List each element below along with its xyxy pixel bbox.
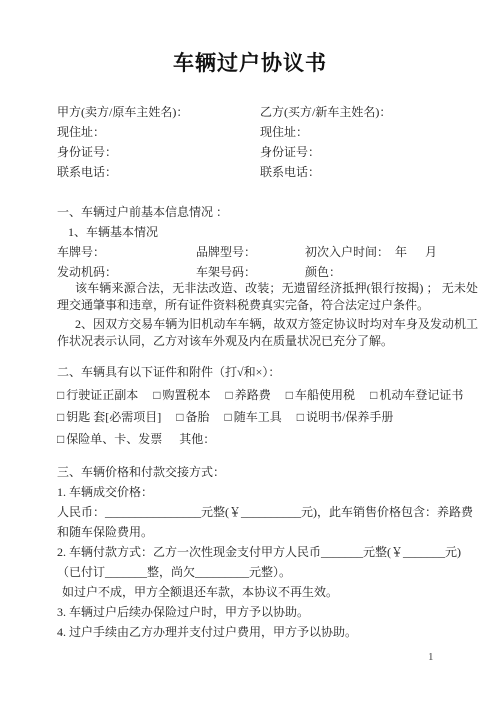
checkbox-item-label: 购置税本	[163, 388, 211, 402]
section-1-heading: 一、车辆过户前基本信息情况 ：	[57, 202, 478, 222]
document-content: 甲方(卖方/原车主姓名)： 乙方(买方/新车主姓名)： 现住址： 现住址： 身份…	[0, 102, 500, 642]
year-label: 年	[395, 242, 407, 262]
vehicle-info-row-2: 发动机码： 车架号码： 颜色：	[57, 262, 478, 282]
checkbox-item-label: 机动车登记证书	[379, 388, 463, 402]
checkbox-item-label: 养路费	[235, 388, 271, 402]
section-3: 三、车辆价格和付款交接方式： 1. 车辆成交价格： 人民币：__________…	[57, 462, 478, 642]
checkbox-icon: □	[225, 406, 232, 428]
checkbox-item: □随车工具	[225, 406, 282, 428]
refund-line: 如过户不成，甲方全额退还车款，本协议不再生效。	[57, 582, 478, 602]
section-2: 二、车辆具有以下证件和附件（打√和×）： □行驶证正副本 □购置税本 □养路费 …	[57, 362, 478, 450]
party-b-phone-label: 联系电话：	[260, 162, 320, 182]
insurance-transfer-line: 3. 车辆过户后续办保险过户时，甲方予以协助。	[57, 602, 478, 622]
checkbox-icon: □	[176, 406, 183, 428]
payment-method-line: 2. 车辆付款方式：乙方一次性现金支付甲方人民币_______元整(￥_____…	[57, 542, 478, 562]
party-b-name-label: 乙方(买方/新车主姓名)：	[260, 102, 391, 122]
checkbox-item: □说明书/保养手册	[297, 406, 394, 428]
checkbox-icon: □	[57, 406, 64, 428]
certificates-line-3: □保险单、卡、发票 其他：	[57, 428, 478, 450]
checkbox-icon: □	[57, 428, 64, 450]
checkbox-item-label: 说明书/保养手册	[306, 410, 393, 424]
checkbox-lines: □行驶证正副本 □购置税本 □养路费 □车船使用税 □机动车登记证书 □钥匙 套…	[57, 384, 478, 450]
checkbox-item: □钥匙 套[必需项目]	[57, 406, 161, 428]
party-row-name: 甲方(卖方/原车主姓名)： 乙方(买方/新车主姓名)：	[57, 102, 478, 122]
checkbox-item-label: 随车工具	[234, 410, 282, 424]
section-1-sub1: 1、车辆基本情况	[57, 222, 478, 242]
party-a-phone-label: 联系电话：	[57, 162, 257, 182]
document-page: 车辆过户协议书 甲方(卖方/原车主姓名)： 乙方(买方/新车主姓名)： 现住址：…	[0, 0, 500, 708]
used-vehicle-paragraph: 2、因双方交易车辆为旧机动车车辆，故双方签定协议时均对车身及发动机工作状况表示认…	[57, 316, 478, 350]
checkbox-item: □备胎	[176, 406, 209, 428]
checkbox-item-label: 保险单、卡、发票	[66, 432, 162, 446]
vehicle-info-row-1: 车牌号： 品牌型号： 初次入户时间： 年 月	[57, 242, 478, 262]
checkbox-icon: □	[297, 406, 304, 428]
legal-source-paragraph: 该车辆来源合法，无非法改造、改装；无遗留经济抵押(银行按揭) ； 无未处理交通肇…	[57, 280, 478, 314]
checkbox-item: □机动车登记证书	[370, 384, 463, 406]
plate-number-label: 车牌号：	[57, 242, 105, 262]
checkbox-icon: □	[153, 384, 160, 406]
checkbox-item-label: 备胎	[186, 410, 210, 424]
party-a-name-label: 甲方(卖方/原车主姓名)：	[57, 102, 257, 122]
page-number: 1	[428, 650, 434, 664]
checkbox-item: □保险单、卡、发票	[57, 428, 162, 450]
price-payment-lines: 1. 车辆成交价格： 人民币：________________元整(￥_____…	[57, 482, 478, 642]
party-row-address: 现住址： 现住址：	[57, 122, 478, 142]
checkbox-item-label: 车船使用税	[295, 388, 355, 402]
checkbox-item: □车船使用税	[286, 384, 355, 406]
party-a-address-label: 现住址：	[57, 122, 257, 142]
other-label: 其他：	[179, 428, 215, 450]
checkbox-icon: □	[286, 384, 293, 406]
party-b-address-label: 现住址：	[260, 122, 308, 142]
deal-price-heading: 1. 车辆成交价格：	[57, 482, 478, 502]
engine-number-label: 发动机码：	[57, 262, 117, 282]
checkbox-item-label: 行驶证正副本	[66, 388, 138, 402]
party-a-id-label: 身份证号：	[57, 142, 257, 162]
month-label: 月	[425, 242, 437, 262]
transfer-fee-line: 4. 过户手续由乙方办理并支付过户费用，甲方予以协助。	[57, 622, 478, 642]
document-title: 车辆过户协议书	[0, 50, 500, 76]
color-label: 颜色：	[305, 262, 341, 282]
checkbox-item: □行驶证正副本	[57, 384, 138, 406]
deposit-line: （已付订_______整，尚欠_________元整）。	[57, 562, 478, 582]
section-3-heading: 三、车辆价格和付款交接方式：	[57, 462, 478, 482]
section-1: 一、车辆过户前基本信息情况 ： 1、车辆基本情况 车牌号： 品牌型号： 初次入户…	[57, 202, 478, 350]
party-row-phone: 联系电话： 联系电话：	[57, 162, 478, 182]
checkbox-item: □养路费	[226, 384, 271, 406]
certificates-line-2: □钥匙 套[必需项目] □备胎 □随车工具 □说明书/保养手册	[57, 406, 478, 428]
party-row-id: 身份证号： 身份证号：	[57, 142, 478, 162]
certificates-line-1: □行驶证正副本 □购置税本 □养路费 □车船使用税 □机动车登记证书	[57, 384, 478, 406]
checkbox-item: □购置税本	[153, 384, 210, 406]
checkbox-icon: □	[370, 384, 377, 406]
price-amount-line: 人民币：________________元整(￥__________元)，此车销…	[57, 502, 478, 542]
first-register-label: 初次入户时间：	[305, 242, 389, 262]
checkbox-icon: □	[226, 384, 233, 406]
frame-number-label: 车架号码：	[196, 262, 256, 282]
brand-model-label: 品牌型号：	[196, 242, 256, 262]
checkbox-item-label: 钥匙 套[必需项目]	[66, 410, 161, 424]
parties-block: 甲方(卖方/原车主姓名)： 乙方(买方/新车主姓名)： 现住址： 现住址： 身份…	[57, 102, 478, 182]
section-2-heading: 二、车辆具有以下证件和附件（打√和×）：	[57, 362, 478, 382]
checkbox-icon: □	[57, 384, 64, 406]
party-b-id-label: 身份证号：	[260, 142, 320, 162]
